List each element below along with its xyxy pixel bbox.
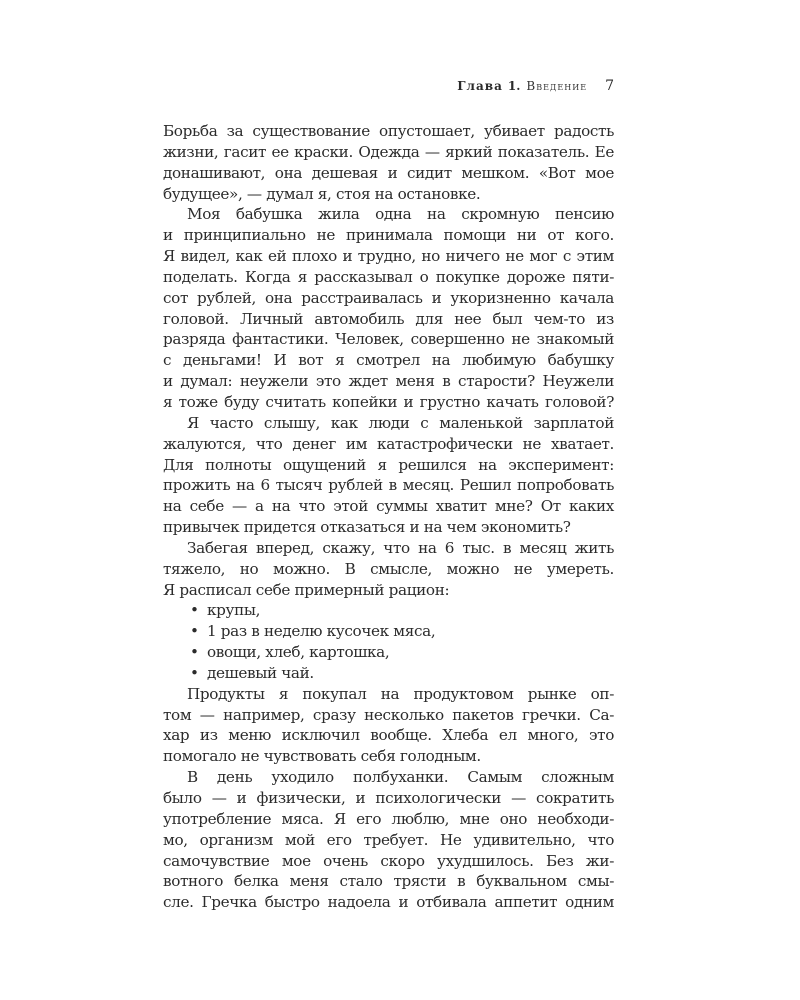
- list-item-text: 1 раз в неделю кусочек мяса,: [207, 622, 435, 640]
- text-line: Забегая вперед, скажу, что на 6 тыс. в м…: [163, 538, 614, 559]
- list-item: •крупы,: [163, 600, 614, 621]
- text-line: помогало не чувствовать себя голодным.: [163, 746, 614, 767]
- text-line: головой. Личный автомобиль для нее был ч…: [163, 309, 614, 330]
- body-text: Борьба за существование опустошает, убив…: [163, 121, 614, 913]
- diet-list: •крупы, •1 раз в неделю кусочек мяса, •о…: [163, 600, 614, 683]
- bullet-icon: •: [190, 642, 207, 663]
- paragraph: Я часто слышу, как люди с маленькой зарп…: [163, 413, 614, 538]
- bullet-icon: •: [190, 600, 207, 621]
- text-line: и думал: неужели это ждет меня в старост…: [163, 371, 614, 392]
- text-line: привычек придется отказаться и на чем эк…: [163, 517, 614, 538]
- running-head: Глава 1. Введение 7: [430, 76, 614, 96]
- text-line: Для полноты ощущений я решился на экспер…: [163, 455, 614, 476]
- chapter-title: Введение: [526, 79, 587, 93]
- paragraph: Моя бабушка жила одна на скромную пенсию…: [163, 204, 614, 412]
- paragraph: Борьба за существование опустошает, убив…: [163, 121, 614, 204]
- text-line: с деньгами! И вот я смотрел на любимую б…: [163, 350, 614, 371]
- list-item-text: дешевый чай.: [207, 664, 314, 682]
- text-line: тяжело, но можно. В смысле, можно не уме…: [163, 559, 614, 580]
- chapter-number: 1.: [508, 79, 521, 93]
- text-line: Я расписал себе примерный рацион:: [163, 580, 614, 601]
- paragraph: Забегая вперед, скажу, что на 6 тыс. в м…: [163, 538, 614, 601]
- text-line: прожить на 6 тысяч рублей в месяц. Решил…: [163, 475, 614, 496]
- list-item-text: овощи, хлеб, картошка,: [207, 643, 389, 661]
- text-line: на себе — а на что этой суммы хватит мне…: [163, 496, 614, 517]
- text-line: жизни, гасит ее краски. Одежда — яркий п…: [163, 142, 614, 163]
- text-line: Моя бабушка жила одна на скромную пенсию: [163, 204, 614, 225]
- text-line: вотного белка меня стало трясти в буквал…: [163, 871, 614, 892]
- bullet-icon: •: [190, 621, 207, 642]
- text-line: жалуются, что денег им катастрофически н…: [163, 434, 614, 455]
- text-line: разряда фантастики. Человек, совершенно …: [163, 329, 614, 350]
- text-line: сле. Гречка быстро надоела и отбивала ап…: [163, 892, 614, 913]
- text-line: я тоже буду считать копейки и грустно ка…: [163, 392, 614, 413]
- text-line: Я видел, как ей плохо и трудно, но ничег…: [163, 246, 614, 267]
- paragraph: Продукты я покупал на продуктовом рынке …: [163, 684, 614, 767]
- bullet-icon: •: [190, 663, 207, 684]
- text-line: том — например, сразу несколько пакетов …: [163, 705, 614, 726]
- text-line: употребление мяса. Я его люблю, мне оно …: [163, 809, 614, 830]
- list-item: •1 раз в неделю кусочек мяса,: [163, 621, 614, 642]
- list-item: •овощи, хлеб, картошка,: [163, 642, 614, 663]
- text-line: Борьба за существование опустошает, убив…: [163, 121, 614, 142]
- text-line: будущее», — думал я, стоя на остановке.: [163, 184, 614, 205]
- text-line: поделать. Когда я рассказывал о покупке …: [163, 267, 614, 288]
- page-number: 7: [605, 78, 614, 94]
- text-line: и принципиально не принимала помощи ни о…: [163, 225, 614, 246]
- text-line: было — и физически, и психологически — с…: [163, 788, 614, 809]
- text-line: самочувствие мое очень скоро ухудшилось.…: [163, 851, 614, 872]
- text-line: донашивают, она дешевая и сидит мешком. …: [163, 163, 614, 184]
- text-line: хар из меню исключил вообще. Хлеба ел мн…: [163, 725, 614, 746]
- list-item: •дешевый чай.: [163, 663, 614, 684]
- book-page: Глава 1. Введение 7 Борьба за существова…: [0, 0, 800, 1000]
- text-line: Продукты я покупал на продуктовом рынке …: [163, 684, 614, 705]
- list-item-text: крупы,: [207, 601, 260, 619]
- text-line: В день уходило полбуханки. Самым сложным: [163, 767, 614, 788]
- chapter-label: Глава: [457, 79, 503, 93]
- text-line: мо, организм мой его требует. Не удивите…: [163, 830, 614, 851]
- text-line: Я часто слышу, как люди с маленькой зарп…: [163, 413, 614, 434]
- paragraph: В день уходило полбуханки. Самым сложным…: [163, 767, 614, 913]
- text-line: сот рублей, она расстраивалась и укоризн…: [163, 288, 614, 309]
